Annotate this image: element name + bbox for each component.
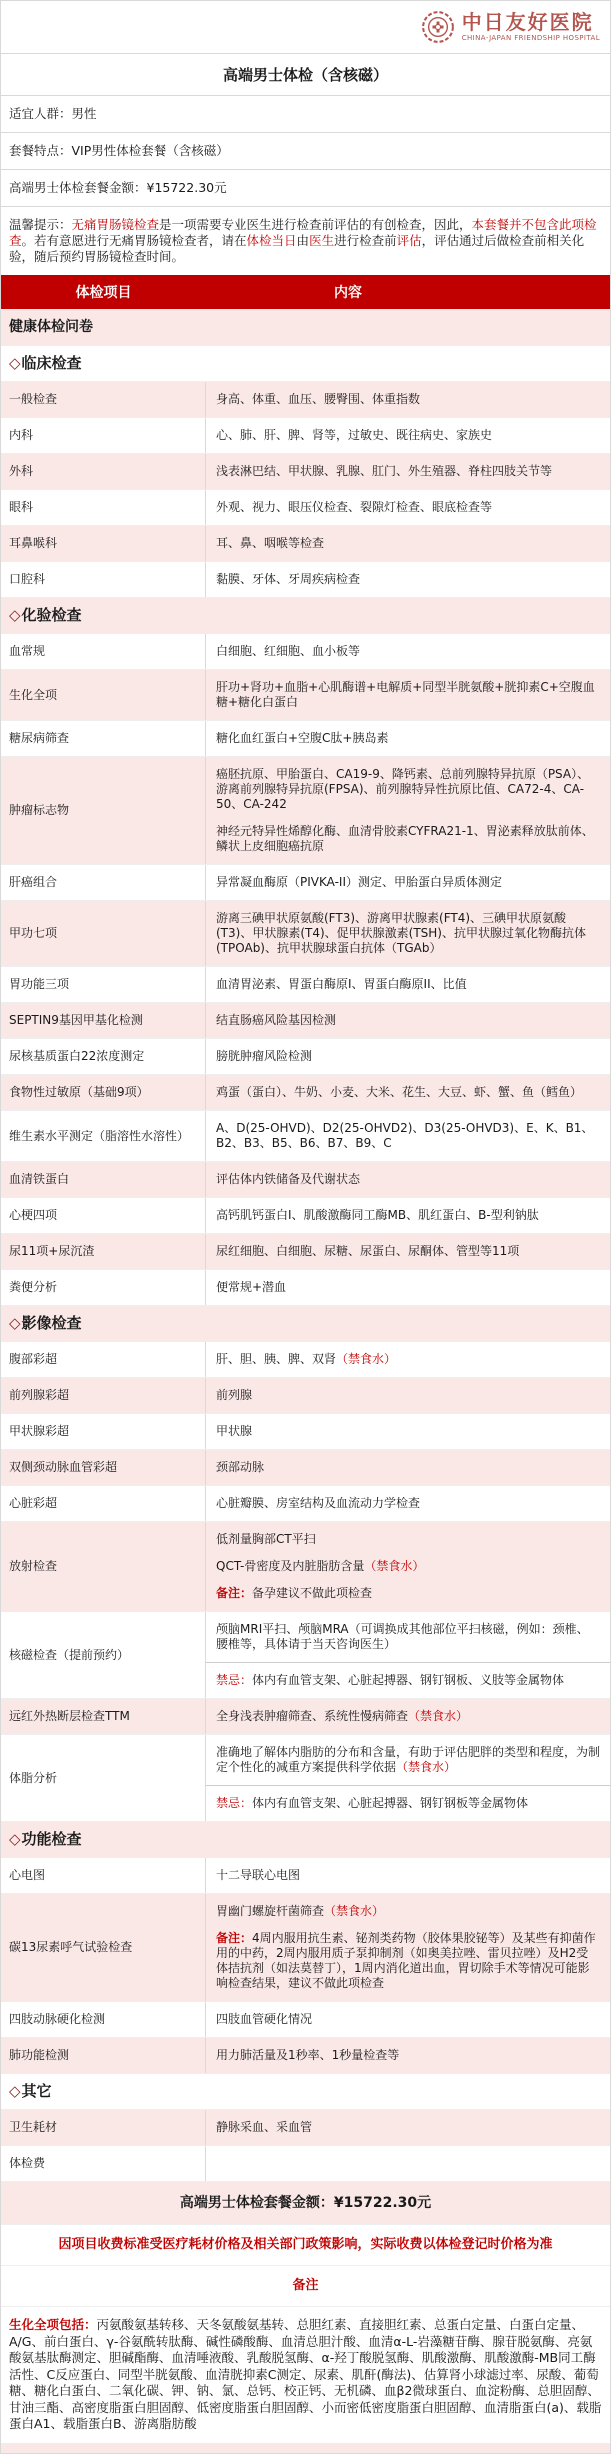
text-segment: 颅脑MRI平扫、颅脑MRA（可调换成其他部位平扫核磁，例如：颈椎、腰椎等，具体请… [216, 1622, 589, 1651]
item-name-cell: 甲功七项 [1, 901, 206, 966]
item-name-cell: 血清铁蛋白 [1, 1162, 206, 1197]
section-header-row: ◇影像检查 [1, 1305, 610, 1341]
item-content-cell: 胃幽门螺旋杆菌筛查（禁食水）备注：4周内服用抗生素、铋剂类药物（胶体果胶铋等）及… [206, 1894, 610, 2001]
highlighted-text: （禁食水） [408, 1709, 468, 1723]
text-segment: 颈部动脉 [216, 1460, 264, 1474]
table-row: 食物性过敏原（基础9项）鸡蛋（蛋白）、牛奶、小麦、大米、花生、大豆、虾、蟹、鱼（… [1, 1074, 610, 1110]
table-row: 血清铁蛋白评估体内铁储备及代谢状态 [1, 1161, 610, 1197]
content-paragraph: 肝、胆、胰、脾、双肾（禁食水） [216, 1352, 600, 1367]
table-row: 尿11项+尿沉渣尿红细胞、白细胞、尿糖、尿蛋白、尿酮体、管型等11项 [1, 1233, 610, 1269]
section-header-row: ◇化验检查 [1, 597, 610, 633]
highlighted-text: 无痛胃肠镜检查 [72, 217, 160, 232]
biochem-note-row: 生化全项包括：丙氨酸氨基转移、天冬氨酸氨基转、总胆红素、直接胆红素、总蛋白定量、… [1, 2306, 610, 2443]
hospital-emblem-icon [421, 10, 455, 44]
content-paragraph: 颅脑MRI平扫、颅脑MRA（可调换成其他部位平扫核磁，例如：颈椎、腰椎等，具体请… [216, 1622, 600, 1652]
item-content-cell: 用力肺活量及1秒率、1秒量检查等 [206, 2038, 610, 2073]
hospital-logo: 中日友好医院 CHINA-JAPAN FRIENDSHIP HOSPITAL [1, 1, 610, 53]
highlighted-text: 禁忌： [216, 1796, 252, 1810]
table-row: 甲功七项游离三碘甲状原氨酸(FT3)、游离甲状腺素(FT4)、三碘甲状原氨酸(T… [1, 900, 610, 966]
text-segment: 异常凝血酶原（PIVKA-II）测定、甲胎蛋白异质体测定 [216, 875, 502, 889]
text-segment: QCT-骨密度及内脏脂肪含量 [216, 1559, 364, 1573]
text-segment: 评估体内铁储备及代谢状态 [216, 1172, 360, 1186]
content-paragraph: 耳、鼻、咽喉等检查 [216, 536, 600, 551]
text-segment: 4周内服用抗生素、铋剂类药物（胶体果胶铋等）及某些有抑菌作用的中药，2周内服用质… [216, 1931, 596, 1990]
content-paragraph: A、D(25-OHVD)、D2(25-OHVD2)、D3(25-OHVD3)、E… [216, 1121, 600, 1151]
content-paragraph: 鸡蛋（蛋白）、牛奶、小麦、大米、花生、大豆、虾、蟹、鱼（鳕鱼） [216, 1085, 600, 1100]
item-name-cell: 尿11项+尿沉渣 [1, 1234, 206, 1269]
item-name-cell: 双侧颈动脉血管彩超 [1, 1450, 206, 1485]
item-name-cell: 核磁检查（提前预约） [1, 1612, 206, 1698]
item-content-cell: 异常凝血酶原（PIVKA-II）测定、甲胎蛋白异质体测定 [206, 865, 610, 900]
table-row: 双侧颈动脉血管彩超颈部动脉 [1, 1449, 610, 1485]
content-paragraph: 禁忌：体内有血管支架、心脏起搏器、钢钉钢板、义肢等金属物体 [206, 1662, 610, 1688]
hospital-name-en: CHINA-JAPAN FRIENDSHIP HOSPITAL [462, 35, 600, 43]
info-row-2: 高端男士体检套餐金额：¥15722.30元 [1, 169, 610, 206]
section-header-row: ◇其它 [1, 2073, 610, 2109]
text-segment: 进行检查前 [334, 233, 397, 248]
table-row: 维生素水平测定（脂溶性水溶性）A、D(25-OHVD)、D2(25-OHVD2)… [1, 1110, 610, 1161]
content-paragraph: QCT-骨密度及内脏脂肪含量（禁食水） [216, 1559, 600, 1574]
content-paragraph: 备注：备孕建议不做此项检查 [216, 1586, 600, 1601]
item-content-cell: 糖化血红蛋白+空腹C肽+胰岛素 [206, 721, 610, 756]
item-name-cell: SEPTIN9基因甲基化检测 [1, 1003, 206, 1038]
table-row: 内科心、肺、肝、脾、肾等，过敏史、既往病史、家族史 [1, 417, 610, 453]
content-paragraph: 准确地了解体内脂肪的分布和含量，有助于评估肥胖的类型和程度，为制定个性化的减重方… [216, 1745, 600, 1775]
package-info-rows: 适宜人群：男性套餐特点：VIP男性体检套餐（含核磁）高端男士体检套餐金额：¥15… [1, 95, 610, 275]
content-paragraph: 身高、体重、血压、腰臀围、体重指数 [216, 392, 600, 407]
text-segment: 血清胃泌素、胃蛋白酶原I、胃蛋白酶原II、比值 [216, 977, 467, 991]
table-row: 腹部彩超肝、胆、胰、脾、双肾（禁食水） [1, 1341, 610, 1377]
item-name-cell: 四肢动脉硬化检测 [1, 2002, 206, 2037]
item-name-cell: 尿核基质蛋白22浓度测定 [1, 1039, 206, 1074]
item-content-cell: 心、肺、肝、脾、肾等，过敏史、既往病史、家族史 [206, 418, 610, 453]
item-content-cell: 结直肠癌风险基因检测 [206, 1003, 610, 1038]
item-name-cell: 食物性过敏原（基础9项） [1, 1075, 206, 1110]
item-name-cell: 肺功能检测 [1, 2038, 206, 2073]
diamond-icon: ◇ [9, 2082, 21, 2100]
item-content-cell: 癌胚抗原、甲胎蛋白、CA19-9、降钙素、总前列腺特异抗原（PSA）、游离前列腺… [206, 757, 610, 864]
content-paragraph: 膀胱肿瘤风险检测 [216, 1049, 600, 1064]
item-content-cell: 肝功+肾功+血脂+心肌酶谱+电解质+同型半胱氨酸+胱抑素C+空腹血糖+糖化白蛋白 [206, 670, 610, 720]
section-title: 影像检查 [22, 1314, 82, 1332]
table-row: 粪便分析便常规+潜血 [1, 1269, 610, 1305]
section-title: 功能检查 [22, 1830, 82, 1848]
text-segment: 套餐特点：VIP男性体检套餐（含核磁） [9, 143, 229, 158]
text-segment: 静脉采血、采血管 [216, 2120, 312, 2134]
item-name-cell: 甲状腺彩超 [1, 1414, 206, 1449]
text-segment: 身高、体重、血压、腰臀围、体重指数 [216, 392, 420, 406]
text-segment: 尿红细胞、白细胞、尿糖、尿蛋白、尿酮体、管型等11项 [216, 1244, 519, 1258]
item-content-cell: 甲状腺 [206, 1414, 610, 1449]
item-content-cell: 心脏瓣膜、房室结构及血流动力学检查 [206, 1486, 610, 1521]
text-segment: 黏膜、牙体、牙周疾病检查 [216, 572, 360, 586]
text-segment: 膀胱肿瘤风险检测 [216, 1049, 312, 1063]
table-row: 四肢动脉硬化检测四肢血管硬化情况 [1, 2001, 610, 2037]
text-segment: 全身浅表肿瘤筛查、系统性慢病筛查 [216, 1709, 408, 1723]
text-segment: 肝、胆、胰、脾、双肾 [216, 1352, 336, 1366]
table-row: 肿瘤标志物癌胚抗原、甲胎蛋白、CA19-9、降钙素、总前列腺特异抗原（PSA）、… [1, 756, 610, 864]
text-segment: 用力肺活量及1秒率、1秒量检查等 [216, 2048, 399, 2062]
table-row: 前列腺彩超前列腺 [1, 1377, 610, 1413]
content-paragraph: 高钙肌钙蛋白I、肌酸激酶同工酶MB、肌红蛋白、B-型利钠肽 [216, 1208, 600, 1223]
text-segment: 糖化血红蛋白+空腹C肽+胰岛素 [216, 731, 389, 745]
section-title: 化验检查 [22, 606, 82, 624]
item-content-cell: 静脉采血、采血管 [206, 2110, 610, 2145]
info-row-1: 套餐特点：VIP男性体检套餐（含核磁） [1, 132, 610, 169]
item-name-cell: 糖尿病筛查 [1, 721, 206, 756]
text-segment: A、D(25-OHVD)、D2(25-OHVD2)、D3(25-OHVD3)、E… [216, 1121, 593, 1150]
content-paragraph: 白细胞、红细胞、血小板等 [216, 644, 600, 659]
content-paragraph: 癌胚抗原、甲胎蛋白、CA19-9、降钙素、总前列腺特异抗原（PSA）、游离前列腺… [216, 767, 600, 812]
item-name-cell: 眼科 [1, 490, 206, 525]
item-name-cell: 血常规 [1, 634, 206, 669]
package-title: 高端男士体检（含核磁） [1, 53, 610, 95]
table-row: 血常规白细胞、红细胞、血小板等 [1, 633, 610, 669]
text-segment: 前列腺 [216, 1388, 252, 1402]
item-content-cell: 准确地了解体内脂肪的分布和含量，有助于评估肥胖的类型和程度，为制定个性化的减重方… [206, 1735, 610, 1821]
table-row: 卫生耗材静脉采血、采血管 [1, 2109, 610, 2145]
content-paragraph: 十二导联心电图 [216, 1868, 600, 1883]
item-name-cell: 耳鼻喉科 [1, 526, 206, 561]
item-content-cell: 高钙肌钙蛋白I、肌酸激酶同工酶MB、肌红蛋白、B-型利钠肽 [206, 1198, 610, 1233]
column-header-content: 内容 [206, 275, 610, 309]
item-name-cell: 心电图 [1, 1858, 206, 1893]
column-header-item: 体检项目 [1, 275, 206, 309]
item-content-cell: 尿红细胞、白细胞、尿糖、尿蛋白、尿酮体、管型等11项 [206, 1234, 610, 1269]
item-name-cell: 内科 [1, 418, 206, 453]
item-name-cell: 心脏彩超 [1, 1486, 206, 1521]
text-segment: 结直肠癌风险基因检测 [216, 1013, 336, 1027]
text-segment: 适宜人群：男性 [9, 106, 97, 121]
item-name-cell: 体脂分析 [1, 1735, 206, 1821]
item-content-cell: 身高、体重、血压、腰臀围、体重指数 [206, 382, 610, 417]
item-content-cell: 颈部动脉 [206, 1450, 610, 1485]
content-paragraph: 备注：4周内服用抗生素、铋剂类药物（胶体果胶铋等）及某些有抑菌作用的中药，2周内… [216, 1931, 600, 1991]
item-name-cell: 外科 [1, 454, 206, 489]
text-segment: 体内有血管支架、心脏起搏器、钢钉钢板等金属物体 [252, 1796, 528, 1810]
info-row-0: 适宜人群：男性 [1, 95, 610, 132]
text-segment: 是一项需要专业医生进行检查前评估的有创检查，因此， [159, 217, 472, 232]
table-row: SEPTIN9基因甲基化检测结直肠癌风险基因检测 [1, 1002, 610, 1038]
item-content-cell: 外观、视力、眼压仪检查、裂隙灯检查、眼底检查等 [206, 490, 610, 525]
highlighted-text: 备注： [216, 1586, 252, 1600]
content-paragraph: 便常规+潜血 [216, 1280, 600, 1295]
item-name-cell: 远红外热断层检查TTM [1, 1699, 206, 1734]
item-name-cell: 心梗四项 [1, 1198, 206, 1233]
item-content-cell: 四肢血管硬化情况 [206, 2002, 610, 2037]
highlighted-text: （禁食水） [396, 1760, 456, 1774]
bottom-strip [1, 2443, 610, 2453]
content-paragraph: 游离三碘甲状原氨酸(FT3)、游离甲状腺素(FT4)、三碘甲状原氨酸(T3)、甲… [216, 911, 600, 956]
item-name-cell: 放射检查 [1, 1522, 206, 1611]
section-title: 其它 [22, 2082, 52, 2100]
content-paragraph: 心脏瓣膜、房室结构及血流动力学检查 [216, 1496, 600, 1511]
hospital-name: 中日友好医院 CHINA-JAPAN FRIENDSHIP HOSPITAL [462, 11, 600, 43]
content-paragraph: 颈部动脉 [216, 1460, 600, 1475]
highlighted-text: 生化全项包括： [9, 2317, 97, 2332]
content-paragraph: 神经元特异性烯醇化酶、血清骨胶素CYFRA21-1、胃泌素释放肽前体、鳞状上皮细… [216, 824, 600, 854]
text-segment: 癌胚抗原、甲胎蛋白、CA19-9、降钙素、总前列腺特异抗原（PSA）、游离前列腺… [216, 767, 589, 811]
text-segment: 鸡蛋（蛋白）、牛奶、小麦、大米、花生、大豆、虾、蟹、鱼（鳕鱼） [216, 1085, 582, 1099]
text-segment: 游离三碘甲状原氨酸(FT3)、游离甲状腺素(FT4)、三碘甲状原氨酸(T3)、甲… [216, 911, 586, 955]
diamond-icon: ◇ [9, 354, 21, 372]
item-name-cell: 体检费 [1, 2146, 206, 2181]
table-row: 尿核基质蛋白22浓度测定膀胱肿瘤风险检测 [1, 1038, 610, 1074]
table-row: 胃功能三项血清胃泌素、胃蛋白酶原I、胃蛋白酶原II、比值 [1, 966, 610, 1002]
diamond-icon: ◇ [9, 1314, 21, 1332]
table-row: 肺功能检测用力肺活量及1秒率、1秒量检查等 [1, 2037, 610, 2073]
highlighted-text: 医生 [309, 233, 334, 248]
exam-table-body: 健康体检问卷◇临床检查一般检查身高、体重、血压、腰臀围、体重指数内科心、肺、肝、… [1, 309, 610, 2453]
text-segment: 胃幽门螺旋杆菌筛查 [216, 1904, 324, 1918]
text-segment: 高端男士体检套餐金额：¥15722.30元 [9, 180, 227, 195]
text-segment: 丙氨酸氨基转移、天冬氨酸氨基转、总胆红素、直接胆红素、总蛋白定量、白蛋白定量、A… [9, 2317, 601, 2431]
item-content-cell: 黏膜、牙体、牙周疾病检查 [206, 562, 610, 597]
text-segment: 神经元特异性烯醇化酶、血清骨胶素CYFRA21-1、胃泌素释放肽前体、鳞状上皮细… [216, 824, 594, 853]
text-segment: 低剂量胸部CT平扫 [216, 1532, 316, 1546]
highlighted-text: （禁食水） [364, 1559, 424, 1573]
content-paragraph: 血清胃泌素、胃蛋白酶原I、胃蛋白酶原II、比值 [216, 977, 600, 992]
content-paragraph: 全身浅表肿瘤筛查、系统性慢病筛查（禁食水） [216, 1709, 600, 1724]
text-segment: 心、肺、肝、脾、肾等，过敏史、既往病史、家族史 [216, 428, 492, 442]
table-header: 体检项目 内容 [1, 275, 610, 309]
item-content-cell: 血清胃泌素、胃蛋白酶原I、胃蛋白酶原II、比值 [206, 967, 610, 1002]
table-row: 眼科外观、视力、眼压仪检查、裂隙灯检查、眼底检查等 [1, 489, 610, 525]
text-segment: 高钙肌钙蛋白I、肌酸激酶同工酶MB、肌红蛋白、B-型利钠肽 [216, 1208, 539, 1222]
item-content-cell: 便常规+潜血 [206, 1270, 610, 1305]
table-row: 体检费 [1, 2145, 610, 2181]
text-segment: 温馨提示： [9, 217, 72, 232]
content-paragraph: 外观、视力、眼压仪检查、裂隙灯检查、眼底检查等 [216, 500, 600, 515]
content-paragraph: 禁忌：体内有血管支架、心脏起搏器、钢钉钢板等金属物体 [206, 1785, 610, 1811]
content-paragraph: 评估体内铁储备及代谢状态 [216, 1172, 600, 1187]
highlighted-text: 禁忌： [216, 1673, 252, 1687]
item-content-cell: 白细胞、红细胞、血小板等 [206, 634, 610, 669]
text-segment: 。若有意愿进行无痛胃肠镜检查者，请在 [22, 233, 247, 248]
item-name-cell: 腹部彩超 [1, 1342, 206, 1377]
content-paragraph: 结直肠癌风险基因检测 [216, 1013, 600, 1028]
diamond-icon: ◇ [9, 606, 21, 624]
notice-row: 因项目收费标准受医疗耗材价格及相关部门政策影响，实际收费以体检登记时价格为准 [1, 2224, 610, 2265]
item-content-cell: 颅脑MRI平扫、颅脑MRA（可调换成其他部位平扫核磁，例如：颈椎、腰椎等，具体请… [206, 1612, 610, 1698]
info-row-3: 温馨提示：无痛胃肠镜检查是一项需要专业医生进行检查前评估的有创检查，因此，本套餐… [1, 206, 610, 275]
package-total-row: 高端男士体检套餐金额：¥15722.30元 [1, 2181, 610, 2224]
item-content-cell: 膀胱肿瘤风险检测 [206, 1039, 610, 1074]
item-content-cell: 评估体内铁储备及代谢状态 [206, 1162, 610, 1197]
exam-package-document: 中日友好医院 CHINA-JAPAN FRIENDSHIP HOSPITAL 高… [0, 0, 611, 2454]
item-name-cell: 胃功能三项 [1, 967, 206, 1002]
content-paragraph: 静脉采血、采血管 [216, 2120, 600, 2135]
table-row: 糖尿病筛查糖化血红蛋白+空腹C肽+胰岛素 [1, 720, 610, 756]
text-segment: 甲状腺 [216, 1424, 252, 1438]
table-row: 远红外热断层检查TTM全身浅表肿瘤筛查、系统性慢病筛查（禁食水） [1, 1698, 610, 1734]
text-segment: 浅表淋巴结、甲状腺、乳腺、肛门、外生殖器、脊柱四肢关节等 [216, 464, 552, 478]
highlighted-text: 评估 [397, 233, 422, 248]
section-title: 临床检查 [22, 354, 82, 372]
full-width-row: 健康体检问卷 [1, 309, 610, 345]
hospital-name-cn: 中日友好医院 [462, 11, 594, 33]
highlighted-text: 备注： [216, 1931, 252, 1945]
table-row: 一般检查身高、体重、血压、腰臀围、体重指数 [1, 381, 610, 417]
content-paragraph: 糖化血红蛋白+空腹C肽+胰岛素 [216, 731, 600, 746]
item-content-cell: A、D(25-OHVD)、D2(25-OHVD2)、D3(25-OHVD3)、E… [206, 1111, 610, 1161]
content-paragraph: 用力肺活量及1秒率、1秒量检查等 [216, 2048, 600, 2063]
highlighted-text: （禁食水） [336, 1352, 396, 1366]
text-segment: 由 [297, 233, 310, 248]
table-row: 心电图十二导联心电图 [1, 1857, 610, 1893]
content-paragraph: 四肢血管硬化情况 [216, 2012, 600, 2027]
table-row: 口腔科黏膜、牙体、牙周疾病检查 [1, 561, 610, 597]
content-paragraph: 浅表淋巴结、甲状腺、乳腺、肛门、外生殖器、脊柱四肢关节等 [216, 464, 600, 479]
content-paragraph: 黏膜、牙体、牙周疾病检查 [216, 572, 600, 587]
table-row: 耳鼻喉科耳、鼻、咽喉等检查 [1, 525, 610, 561]
item-name-cell: 生化全项 [1, 670, 206, 720]
section-header-row: ◇功能检查 [1, 1821, 610, 1857]
item-content-cell: 低剂量胸部CT平扫QCT-骨密度及内脏脂肪含量（禁食水）备注：备孕建议不做此项检… [206, 1522, 610, 1611]
table-row: 外科浅表淋巴结、甲状腺、乳腺、肛门、外生殖器、脊柱四肢关节等 [1, 453, 610, 489]
content-paragraph: 心、肺、肝、脾、肾等，过敏史、既往病史、家族史 [216, 428, 600, 443]
text-segment: 便常规+潜血 [216, 1280, 286, 1294]
table-row: 甲状腺彩超甲状腺 [1, 1413, 610, 1449]
item-name-cell: 卫生耗材 [1, 2110, 206, 2145]
table-row: 生化全项肝功+肾功+血脂+心肌酶谱+电解质+同型半胱氨酸+胱抑素C+空腹血糖+糖… [1, 669, 610, 720]
table-row: 核磁检查（提前预约）颅脑MRI平扫、颅脑MRA（可调换成其他部位平扫核磁，例如：… [1, 1611, 610, 1698]
item-name-cell: 肿瘤标志物 [1, 757, 206, 864]
table-row: 肝癌组合异常凝血酶原（PIVKA-II）测定、甲胎蛋白异质体测定 [1, 864, 610, 900]
item-content-cell: 游离三碘甲状原氨酸(FT3)、游离甲状腺素(FT4)、三碘甲状原氨酸(T3)、甲… [206, 901, 610, 966]
item-name-cell: 一般检查 [1, 382, 206, 417]
table-row: 体脂分析准确地了解体内脂肪的分布和含量，有助于评估肥胖的类型和程度，为制定个性化… [1, 1734, 610, 1821]
item-content-cell: 全身浅表肿瘤筛查、系统性慢病筛查（禁食水） [206, 1699, 610, 1734]
text-segment: 四肢血管硬化情况 [216, 2012, 312, 2026]
table-row: 心脏彩超心脏瓣膜、房室结构及血流动力学检查 [1, 1485, 610, 1521]
table-row: 心梗四项高钙肌钙蛋白I、肌酸激酶同工酶MB、肌红蛋白、B-型利钠肽 [1, 1197, 610, 1233]
text-segment: 耳、鼻、咽喉等检查 [216, 536, 324, 550]
section-header-row: ◇临床检查 [1, 345, 610, 381]
item-name-cell: 口腔科 [1, 562, 206, 597]
item-name-cell: 维生素水平测定（脂溶性水溶性） [1, 1111, 206, 1161]
diamond-icon: ◇ [9, 1830, 21, 1848]
item-content-cell: 前列腺 [206, 1378, 610, 1413]
item-content-cell: 十二导联心电图 [206, 1858, 610, 1893]
item-name-cell: 碳13尿素呼气试验检查 [1, 1894, 206, 2001]
notice-row: 备注 [1, 2265, 610, 2306]
content-paragraph: 尿红细胞、白细胞、尿糖、尿蛋白、尿酮体、管型等11项 [216, 1244, 600, 1259]
item-name-cell: 粪便分析 [1, 1270, 206, 1305]
item-content-cell: 浅表淋巴结、甲状腺、乳腺、肛门、外生殖器、脊柱四肢关节等 [206, 454, 610, 489]
item-content-cell: 鸡蛋（蛋白）、牛奶、小麦、大米、花生、大豆、虾、蟹、鱼（鳕鱼） [206, 1075, 610, 1110]
table-row: 放射检查低剂量胸部CT平扫QCT-骨密度及内脏脂肪含量（禁食水）备注：备孕建议不… [1, 1521, 610, 1611]
highlighted-text: （禁食水） [324, 1904, 384, 1918]
content-paragraph: 前列腺 [216, 1388, 600, 1403]
item-content-cell: 耳、鼻、咽喉等检查 [206, 526, 610, 561]
item-name-cell: 前列腺彩超 [1, 1378, 206, 1413]
content-paragraph: 肝功+肾功+血脂+心肌酶谱+电解质+同型半胱氨酸+胱抑素C+空腹血糖+糖化白蛋白 [216, 680, 600, 710]
item-content-cell [206, 2146, 610, 2181]
highlighted-text: 体检当日 [247, 233, 297, 248]
text-segment: 体内有血管支架、心脏起搏器、钢钉钢板、义肢等金属物体 [252, 1673, 564, 1687]
item-content-cell: 肝、胆、胰、脾、双肾（禁食水） [206, 1342, 610, 1377]
content-paragraph: 异常凝血酶原（PIVKA-II）测定、甲胎蛋白异质体测定 [216, 875, 600, 890]
item-name-cell: 肝癌组合 [1, 865, 206, 900]
table-row: 碳13尿素呼气试验检查胃幽门螺旋杆菌筛查（禁食水）备注：4周内服用抗生素、铋剂类… [1, 1893, 610, 2001]
text-segment: 十二导联心电图 [216, 1868, 300, 1882]
text-segment: 外观、视力、眼压仪检查、裂隙灯检查、眼底检查等 [216, 500, 492, 514]
content-paragraph: 低剂量胸部CT平扫 [216, 1532, 600, 1547]
content-paragraph: 胃幽门螺旋杆菌筛查（禁食水） [216, 1904, 600, 1919]
text-segment: 肝功+肾功+血脂+心肌酶谱+电解质+同型半胱氨酸+胱抑素C+空腹血糖+糖化白蛋白 [216, 680, 595, 709]
text-segment: 白细胞、红细胞、血小板等 [216, 644, 360, 658]
text-segment: 心脏瓣膜、房室结构及血流动力学检查 [216, 1496, 420, 1510]
text-segment: 备孕建议不做此项检查 [252, 1586, 372, 1600]
content-paragraph: 甲状腺 [216, 1424, 600, 1439]
